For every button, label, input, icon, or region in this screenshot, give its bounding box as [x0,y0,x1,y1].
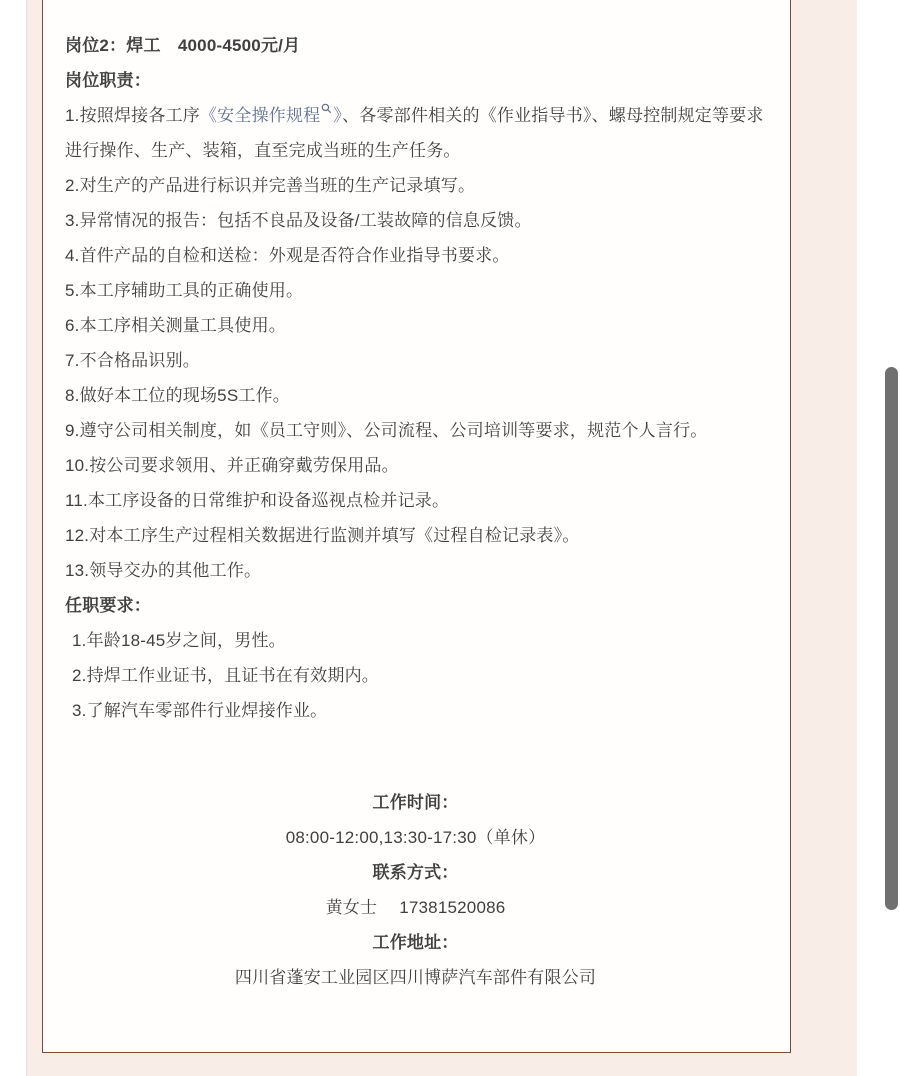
section-spacer [65,728,766,785]
requirement-item-3: 3.了解汽车零部件行业焊接作业。 [65,693,766,728]
duty-item-12: 12.对本工序生产过程相关数据进行监测并填写《过程自检记录表》。 [65,518,766,553]
duty-item-4: 4.首件产品的自检和送检：外观是否符合作业指导书要求。 [65,238,766,273]
safety-regulation-link[interactable]: 《安全操作规程》 [200,106,342,125]
duty-item-7: 7.不合格品识别。 [65,343,766,378]
contact-phone: 17381520086 [399,898,505,917]
requirements-heading: 任职要求： [65,588,766,623]
address-value: 四川省蓬安工业园区四川博萨汽车部件有限公司 [65,960,766,995]
browser-viewport: 岗位2：焊工 4000-4500元/月 岗位职责： 1.按照焊接各工序《安全操作… [0,0,900,1076]
scrollbar-track[interactable] [884,0,900,1076]
job-title: 岗位2：焊工 4000-4500元/月 [65,28,766,63]
duty-item-13: 13.领导交办的其他工作。 [65,553,766,588]
work-time-label: 工作时间： [65,785,766,820]
duty-item-8: 8.做好本工位的现场5S工作。 [65,378,766,413]
duty-item-5: 5.本工序辅助工具的正确使用。 [65,273,766,308]
requirement-item-2: 2.持焊工作业证书，且证书在有效期内。 [65,658,766,693]
safety-regulation-link-close: 》 [333,106,342,125]
duty-item-9: 9.遵守公司相关制度，如《员工守则》、公司流程、公司培训等要求，规范个人言行。 [65,413,766,448]
duty-1-pre-text: 1.按照焊接各工序 [65,106,200,125]
contact-label: 联系方式： [65,855,766,890]
search-icon [321,103,332,114]
requirement-item-1: 1.年龄18-45岁之间，男性。 [65,623,766,658]
duty-item-1: 1.按照焊接各工序《安全操作规程》、各零部件相关的《作业指导书》、螺母控制规定等… [65,98,766,168]
job-posting-card: 岗位2：焊工 4000-4500元/月 岗位职责： 1.按照焊接各工序《安全操作… [42,0,791,1053]
duty-item-3: 3.异常情况的报告：包括不良品及设备/工装故障的信息反馈。 [65,203,766,238]
duties-heading: 岗位职责： [65,63,766,98]
address-label: 工作地址： [65,925,766,960]
safety-regulation-link-label: 《安全操作规程 [200,106,320,125]
contact-name: 黄女士 [326,898,378,917]
duty-item-10: 10.按公司要求领用、并正确穿戴劳保用品。 [65,448,766,483]
work-time-value: 08:00-12:00,13:30-17:30（单休） [65,820,766,855]
scrollbar-thumb[interactable] [885,367,898,910]
duty-item-11: 11.本工序设备的日常维护和设备巡视点检并记录。 [65,483,766,518]
duty-item-2: 2.对生产的产品进行标识并完善当班的生产记录填写。 [65,168,766,203]
contact-value: 黄女士17381520086 [65,890,766,925]
duty-item-6: 6.本工序相关测量工具使用。 [65,308,766,343]
